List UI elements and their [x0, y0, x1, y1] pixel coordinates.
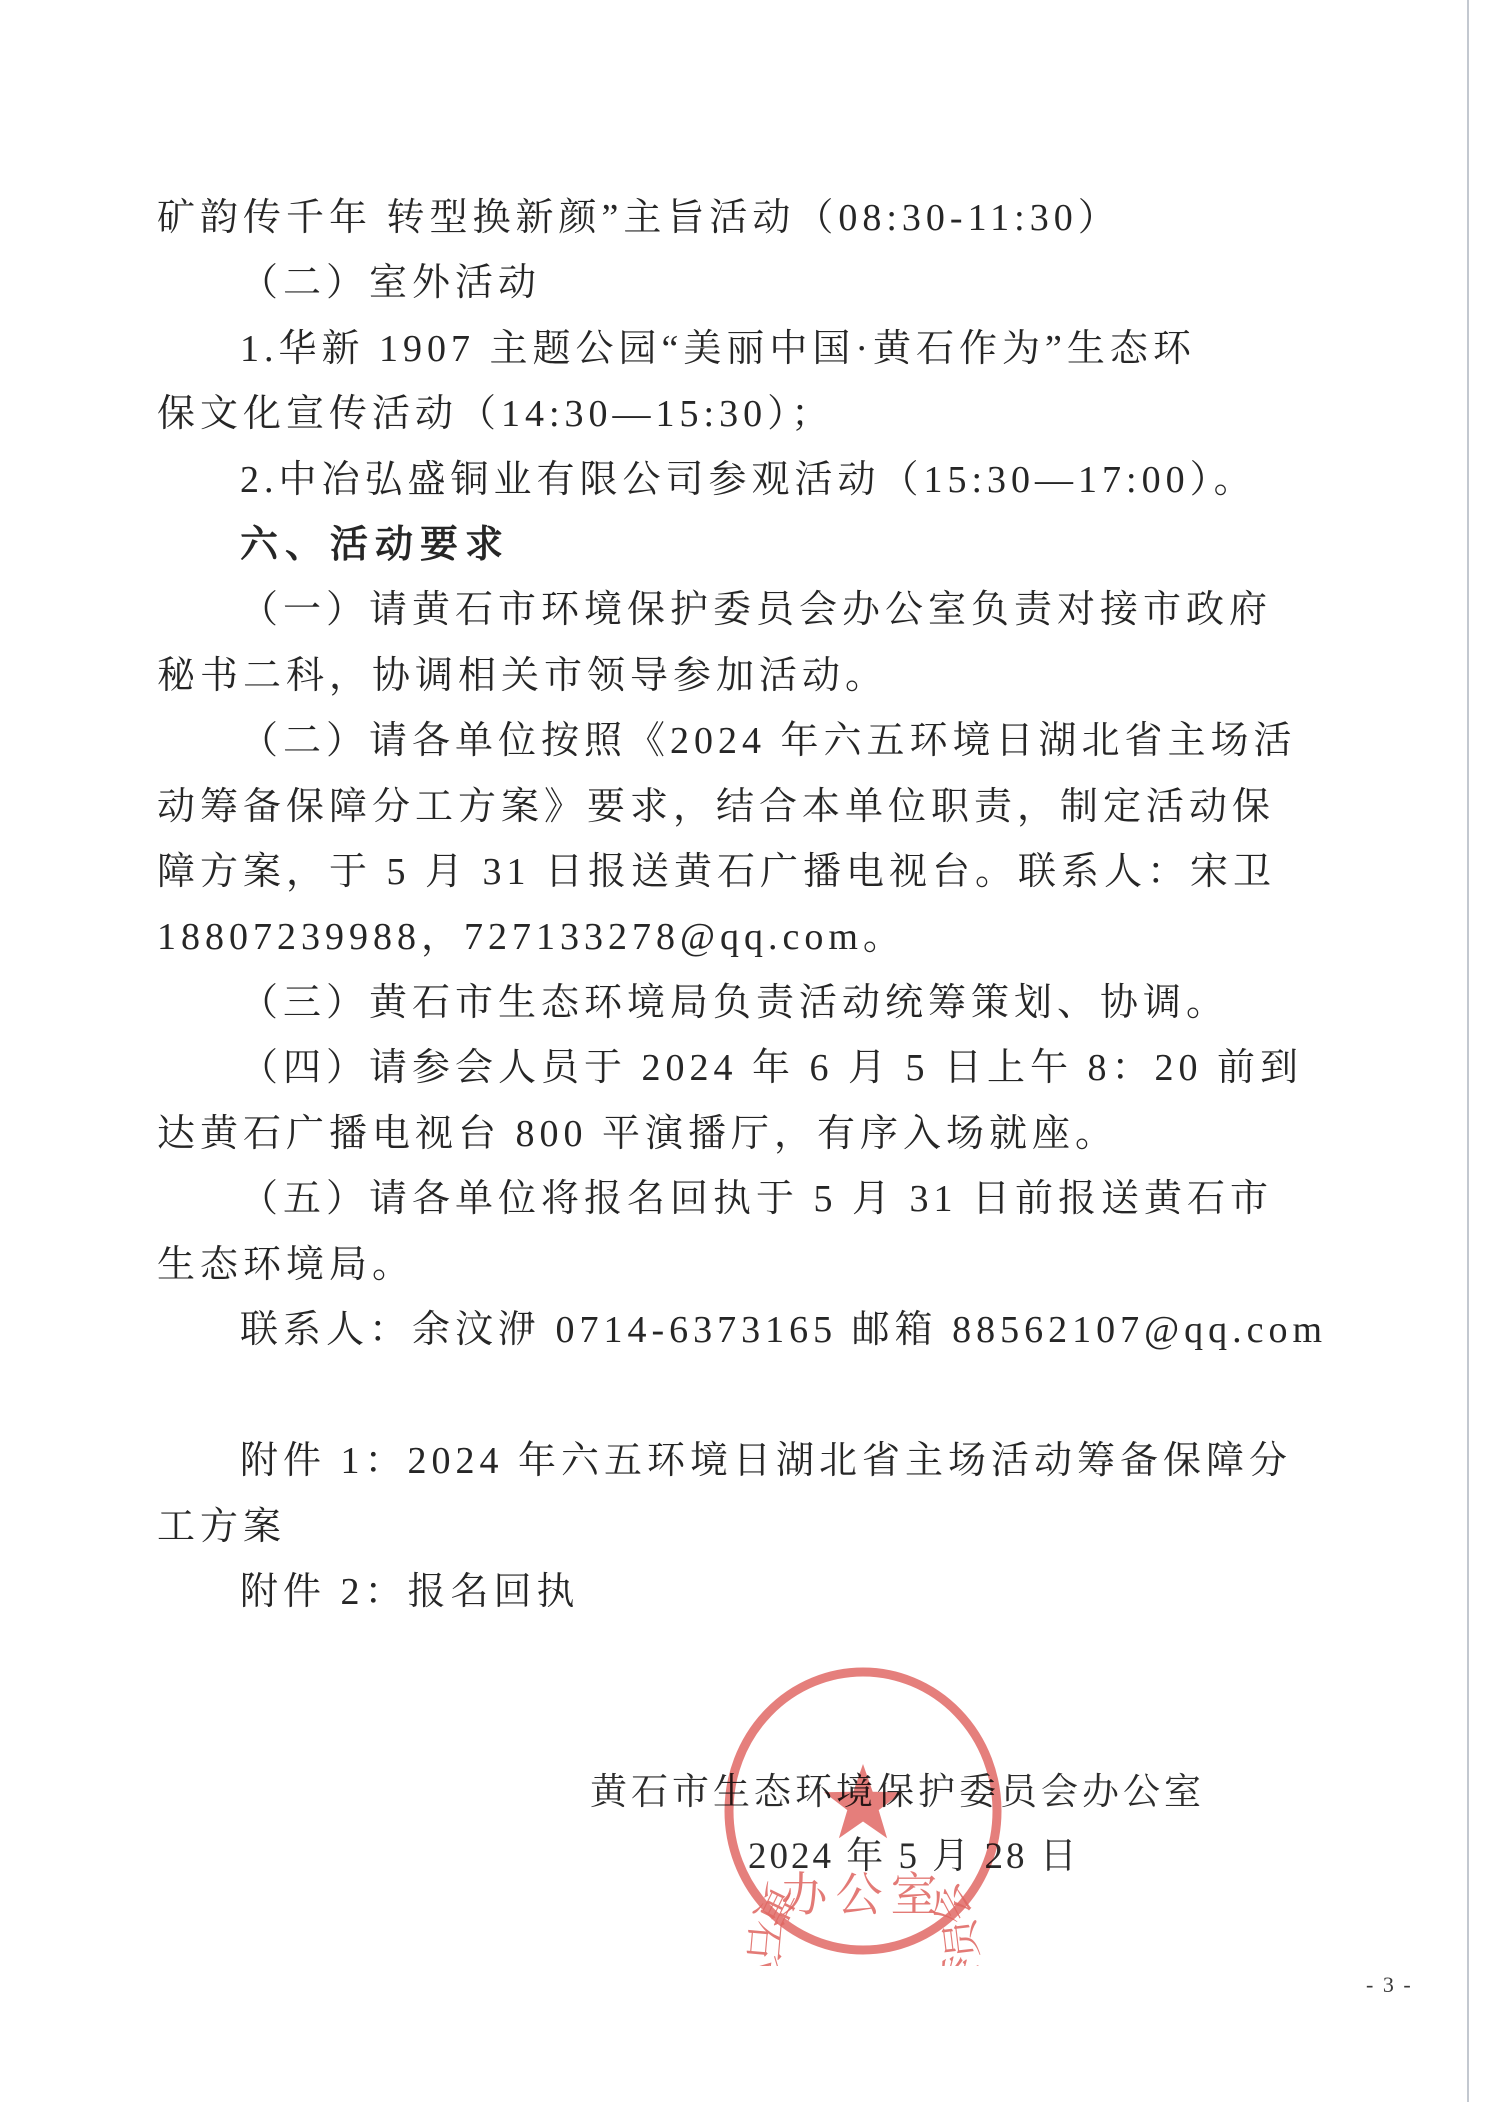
text-line: 秘书二科，协调相关市领导参加活动。: [157, 644, 1357, 709]
text-line: （五）请各单位将报名回执于 5 月 31 日前报送黄石市: [157, 1167, 1357, 1232]
text-line: （一）请黄石市环境保护委员会办公室负责对接市政府: [157, 578, 1357, 643]
text-line: 附件 1：2024 年六五环境日湖北省主场活动筹备保障分: [157, 1429, 1357, 1494]
official-seal: 黄石市生态环境保护委员会 办公室: [713, 1656, 1013, 1966]
text-line: （四）请参会人员于 2024 年 6 月 5 日上午 8：20 前到: [157, 1036, 1357, 1101]
text-line: 18807239988，727133278@qq.com。: [157, 905, 1357, 970]
text-line: 保文化宣传活动（14:30—15:30）；: [157, 382, 1357, 447]
section-heading: 六、活动要求: [157, 513, 1357, 578]
text-line: 生态环境局。: [157, 1233, 1357, 1298]
document-page: 矿韵传千年 转型换新颜”主旨活动（08:30-11:30）（二）室外活动1.华新…: [0, 0, 1487, 2102]
text-line: 工方案: [157, 1495, 1357, 1560]
page-number: - 3 -: [1366, 1972, 1413, 1998]
star-icon: [824, 1764, 902, 1838]
text-line: 障方案，于 5 月 31 日报送黄石广播电视台。联系人：宋卫: [157, 840, 1357, 905]
scan-artifact-line: [1467, 0, 1469, 2102]
text-line: 动筹备保障分工方案》要求，结合本单位职责，制定活动保: [157, 775, 1357, 840]
text-line: 矿韵传千年 转型换新颜”主旨活动（08:30-11:30）: [157, 186, 1357, 251]
text-line: （三）黄石市生态环境局负责活动统筹策划、协调。: [157, 971, 1357, 1036]
text-line: 达黄石广播电视台 800 平演播厅，有序入场就座。: [157, 1102, 1357, 1167]
text-line: 2.中冶弘盛铜业有限公司参观活动（15:30—17:00）。: [157, 448, 1357, 513]
text-line: （二）室外活动: [157, 251, 1357, 316]
seal-bottom-text: 办公室: [781, 1870, 946, 1922]
text-line: （二）请各单位按照《2024 年六五环境日湖北省主场活: [157, 709, 1357, 774]
text-line: 联系人：余汶洢 0714-6373165 邮箱 88562107@qq.com: [157, 1298, 1357, 1363]
text-line: 附件 2：报名回执: [157, 1560, 1357, 1625]
document-body: 矿韵传千年 转型换新颜”主旨活动（08:30-11:30）（二）室外活动1.华新…: [157, 186, 1357, 1626]
text-line: 1.华新 1907 主题公园“美丽中国·黄石作为”生态环: [157, 317, 1357, 382]
